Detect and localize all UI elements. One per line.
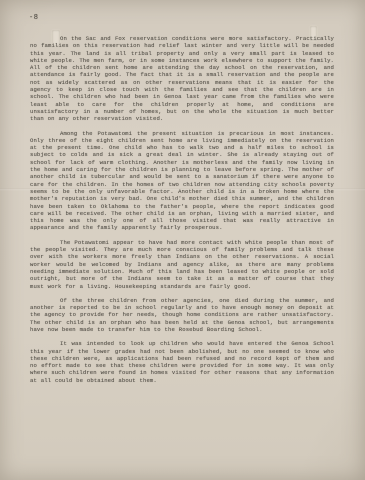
paragraph-sac-and-fox: On the Sac and Fox reservation condition… bbox=[30, 35, 334, 123]
scanned-document-page: -8 On the Sac and Fox reservation condit… bbox=[0, 0, 365, 480]
document-body: On the Sac and Fox reservation condition… bbox=[30, 35, 334, 391]
paragraph-other-agencies: Of the three children from other agencie… bbox=[30, 297, 334, 333]
paragraph-potawatomi-contact: The Potawatomi appear to have had more c… bbox=[30, 239, 334, 290]
paragraph-potawatomi-situation: Among the Potawatomi the present situati… bbox=[30, 130, 334, 232]
paragraph-genoa-followup: It was intended to look up children who … bbox=[30, 340, 334, 384]
page-number: -8 bbox=[29, 14, 38, 22]
